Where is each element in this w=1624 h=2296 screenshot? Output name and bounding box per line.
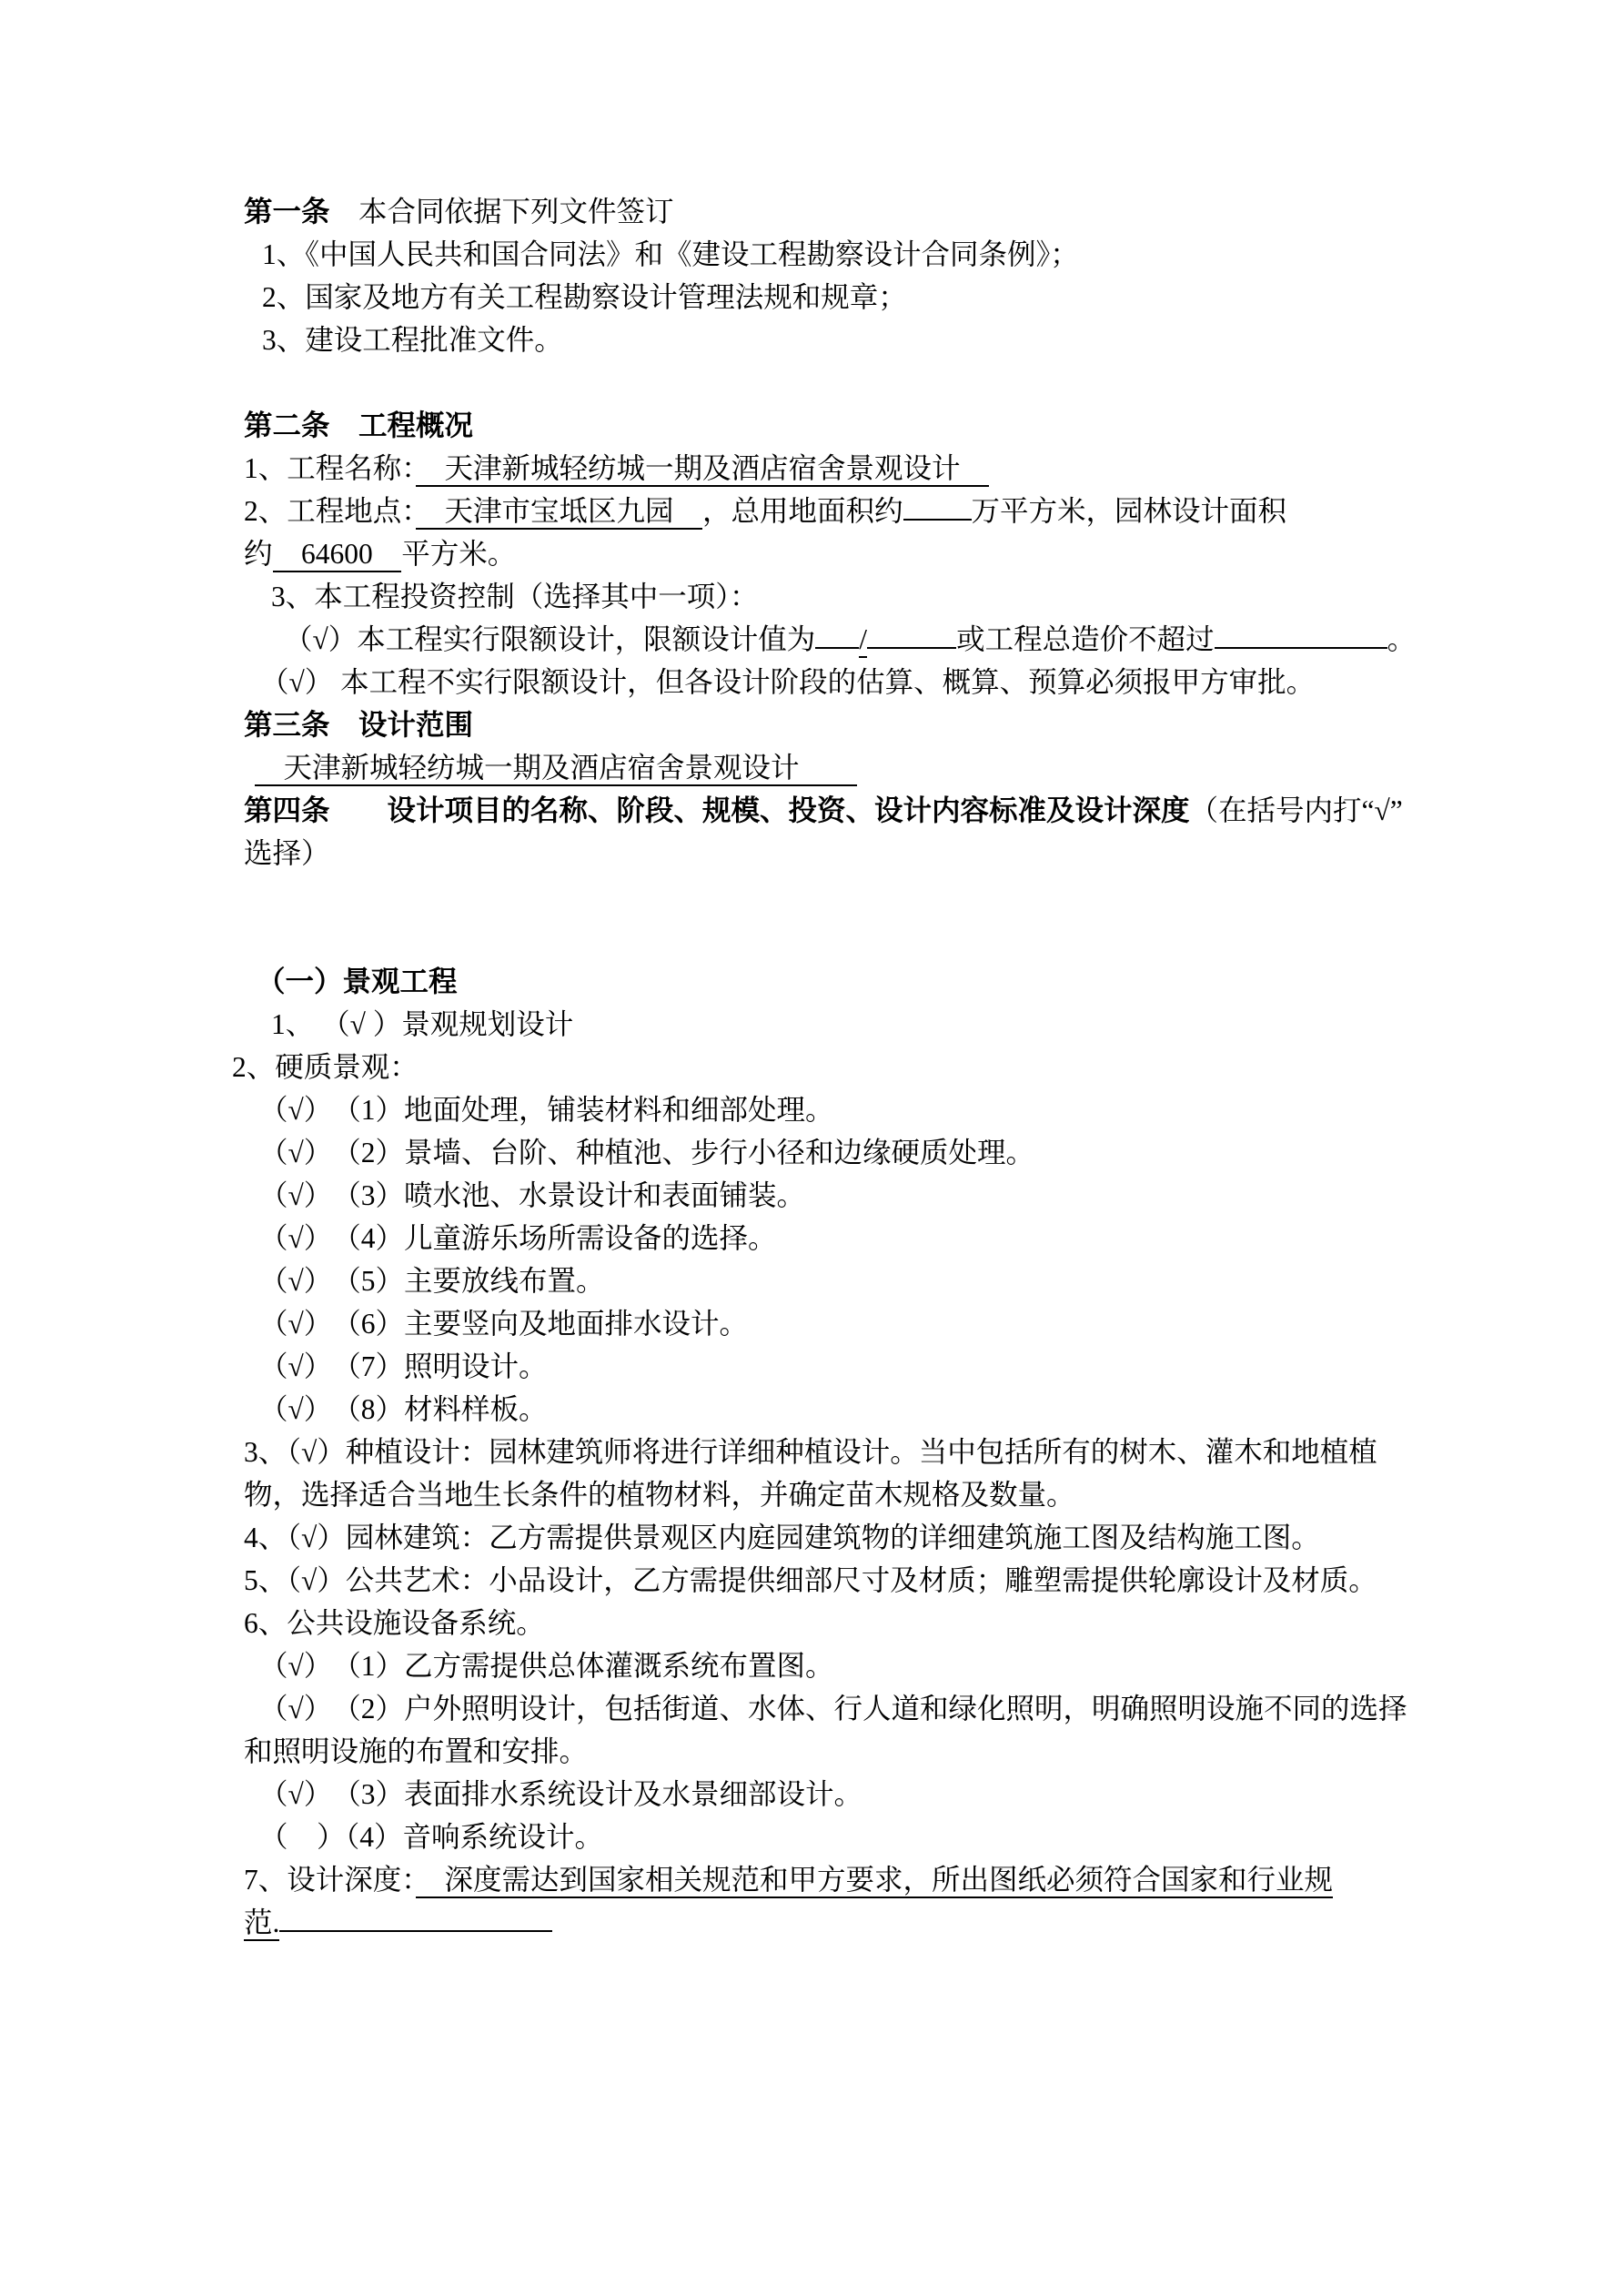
document-line: （√） （4）儿童游乐场所需设备的选择。 [259, 1217, 1417, 1259]
document-line: 第一条 本合同依据下列文件签订 [244, 190, 1417, 233]
document-line: 2、硬质景观： [232, 1046, 1417, 1088]
document-line: （√） 本工程不实行限额设计，但各设计阶段的估算、概算、预算必须报甲方审批。 [260, 661, 1417, 703]
document-line: （√） （8）材料样板。 [259, 1388, 1417, 1431]
text-segment: （√） （6）主要竖向及地面排水设计。 [259, 1308, 748, 1340]
underlined-text: 深度需达到国家相关规范和甲方要求，所出图纸必须符合国家和行业规 [416, 1864, 1333, 1898]
text-segment: 3、建设工程批准文件。 [262, 324, 563, 356]
document-line: 4、（√）园林建筑：乙方需提供景观区内庭园建筑物的详细建筑施工图及结构施工图。 [244, 1516, 1417, 1559]
document-line: 物，选择适合当地生长条件的植物材料，并确定苗木规格及数量。 [244, 1473, 1417, 1516]
text-segment: 5、（√）公共艺术：小品设计，乙方需提供细部尺寸及材质；雕塑需提供轮廓设计及材质… [244, 1564, 1377, 1596]
text-segment: 2、硬质景观： [232, 1051, 419, 1083]
text-segment: 4、（√）园林建筑：乙方需提供景观区内庭园建筑物的详细建筑施工图及结构施工图。 [244, 1522, 1320, 1553]
document-line: 3、本工程投资控制（选择其中一项）： [271, 575, 1417, 618]
text-segment: 或工程总造价不超过 [956, 623, 1215, 655]
text-segment: 1、《中国人民共和国合同法》和《建设工程勘察设计合同条例》； [262, 238, 1079, 270]
text-segment: 。 [1387, 623, 1417, 655]
document-line: 7、设计深度： 深度需达到国家相关规范和甲方要求，所出图纸必须符合国家和行业规 [244, 1858, 1417, 1901]
text-segment: 3、（√）种植设计：园林建筑师将进行详细种植设计。当中包括所有的树木、灌木和地植… [244, 1436, 1377, 1468]
document-line: 3、建设工程批准文件。 [262, 319, 1417, 361]
document-line: （ ）（4）音响系统设计。 [259, 1816, 1417, 1858]
document-line: 天津新城轻纺城一期及酒店宿舍景观设计 [255, 746, 1417, 789]
document-line: 3、（√）种植设计：园林建筑师将进行详细种植设计。当中包括所有的树木、灌木和地植… [244, 1431, 1417, 1473]
text-segment: 约 [244, 538, 273, 570]
document-line: 2、工程地点： 天津市宝坻区九园 ，总用地面积约万平方米，园林设计面积 [244, 490, 1417, 532]
blank-line [244, 917, 1417, 960]
document-content: 第一条 本合同依据下列文件签订1、《中国人民共和国合同法》和《建设工程勘察设计合… [244, 190, 1417, 1944]
document-line: 6、公共设施设备系统。 [244, 1602, 1417, 1644]
text-segment: （√） （3）表面排水系统设计及水景细部设计。 [259, 1778, 862, 1810]
document-line: （√） （1）地面处理，铺装材料和细部处理。 [259, 1088, 1417, 1131]
document-line: 5、（√）公共艺术：小品设计，乙方需提供细部尺寸及材质；雕塑需提供轮廓设计及材质… [244, 1559, 1417, 1602]
document-line: （√） （7）照明设计。 [259, 1345, 1417, 1388]
document-line: 1、 （√ ）景观规划设计 [271, 1003, 1417, 1046]
document-line: 1、《中国人民共和国合同法》和《建设工程勘察设计合同条例》； [262, 233, 1417, 276]
blank-line [244, 875, 1417, 917]
text-segment: （√）本工程实行限额设计，限额设计值为 [284, 623, 815, 655]
text-segment: （√） （4）儿童游乐场所需设备的选择。 [259, 1222, 777, 1254]
document-line: 约 64600 平方米。 [244, 532, 1417, 575]
text-segment: （一）景观工程 [257, 966, 458, 997]
blank-line [244, 361, 1417, 404]
document-line: （√） （5）主要放线布置。 [259, 1259, 1417, 1302]
text-segment: （ ）（4）音响系统设计。 [259, 1821, 603, 1853]
document-line: （√） （1）乙方需提供总体灌溉系统布置图。 [259, 1644, 1417, 1687]
document-line: （√） （3）喷水池、水景设计和表面铺装。 [259, 1174, 1417, 1217]
document-line: 范. [244, 1901, 1417, 1944]
document-line: （√） （2）户外照明设计，包括街道、水体、行人道和绿化照明，明确照明设施不同的… [259, 1687, 1417, 1730]
text-segment: 7、设计深度： [244, 1864, 416, 1896]
document-line: （一）景观工程 [257, 960, 1417, 1003]
document-line: 第四条 设计项目的名称、阶段、规模、投资、设计内容标准及设计深度（在括号内打“√… [244, 789, 1417, 832]
text-segment: 1、工程名称： [244, 452, 416, 484]
text-segment: （√） （2）户外照明设计，包括街道、水体、行人道和绿化照明，明确照明设施不同的… [259, 1693, 1407, 1725]
blank-underline [903, 491, 972, 521]
document-page: 第一条 本合同依据下列文件签订1、《中国人民共和国合同法》和《建设工程勘察设计合… [0, 0, 1624, 2296]
underlined-text: / [859, 623, 867, 658]
underlined-text: 范. [244, 1907, 279, 1941]
text-segment: （在括号内打“√” [1190, 794, 1403, 826]
text-segment: （√） （8）材料样板。 [259, 1393, 548, 1425]
text-segment: 第三条 设计范围 [244, 709, 473, 741]
text-segment: 6、公共设施设备系统。 [244, 1607, 545, 1639]
text-segment: （√） （7）照明设计。 [259, 1350, 548, 1382]
text-segment: （√） （1）地面处理，铺装材料和细部处理。 [259, 1094, 834, 1126]
text-segment: 1、 （√ ）景观规划设计 [271, 1008, 573, 1040]
underlined-text: 天津新城轻纺城一期及酒店宿舍景观设计 [255, 752, 857, 786]
blank-underline [815, 620, 859, 649]
text-segment: （√） （3）喷水池、水景设计和表面铺装。 [259, 1179, 805, 1211]
underlined-text: 64600 [273, 538, 402, 572]
document-line: 和照明设施的布置和安排。 [244, 1730, 1417, 1773]
text-segment: ，总用地面积约 [702, 495, 903, 527]
text-segment: 第二条 工程概况 [244, 410, 473, 441]
document-line: 1、工程名称： 天津新城轻纺城一期及酒店宿舍景观设计 [244, 447, 1417, 490]
blank-underline [1215, 620, 1387, 649]
blank-underline [867, 620, 956, 649]
document-line: （√） （3）表面排水系统设计及水景细部设计。 [259, 1773, 1417, 1816]
text-segment: （√） 本工程不实行限额设计，但各设计阶段的估算、概算、预算必须报甲方审批。 [260, 666, 1315, 698]
text-segment: 2、工程地点： [244, 495, 416, 527]
text-segment: 万平方米，园林设计面积 [972, 495, 1287, 527]
text-segment: 平方米。 [401, 538, 516, 570]
document-line: 第三条 设计范围 [244, 703, 1417, 746]
document-line: 第二条 工程概况 [244, 404, 1417, 447]
underlined-text: 天津市宝坻区九园 [416, 495, 702, 530]
text-segment: （√） （5）主要放线布置。 [259, 1265, 605, 1297]
document-line: （√）本工程实行限额设计，限额设计值为/或工程总造价不超过。 [284, 618, 1417, 661]
blank-underline [279, 1903, 552, 1932]
text-segment: 2、国家及地方有关工程勘察设计管理法规和规章； [262, 281, 907, 313]
document-line: 选择） [244, 832, 1417, 875]
text-segment: （√） （1）乙方需提供总体灌溉系统布置图。 [259, 1650, 834, 1682]
text-segment: （√） （2）景墙、台阶、种植池、步行小径和边缘硬质处理。 [259, 1137, 1034, 1168]
text-segment: 本合同依据下列文件签订 [330, 196, 674, 228]
text-segment: 第一条 [244, 196, 330, 228]
text-segment: 物，选择适合当地生长条件的植物材料，并确定苗木规格及数量。 [244, 1479, 1075, 1511]
text-segment: 3、本工程投资控制（选择其中一项）： [271, 581, 759, 612]
text-segment: 选择） [244, 837, 330, 869]
text-segment: 第四条 设计项目的名称、阶段、规模、投资、设计内容标准及设计深度 [244, 794, 1190, 826]
text-segment: 和照明设施的布置和安排。 [244, 1735, 588, 1767]
underlined-text: 天津新城轻纺城一期及酒店宿舍景观设计 [416, 452, 989, 487]
document-line: （√） （6）主要竖向及地面排水设计。 [259, 1302, 1417, 1345]
document-line: （√） （2）景墙、台阶、种植池、步行小径和边缘硬质处理。 [259, 1131, 1417, 1174]
document-line: 2、国家及地方有关工程勘察设计管理法规和规章； [262, 276, 1417, 319]
